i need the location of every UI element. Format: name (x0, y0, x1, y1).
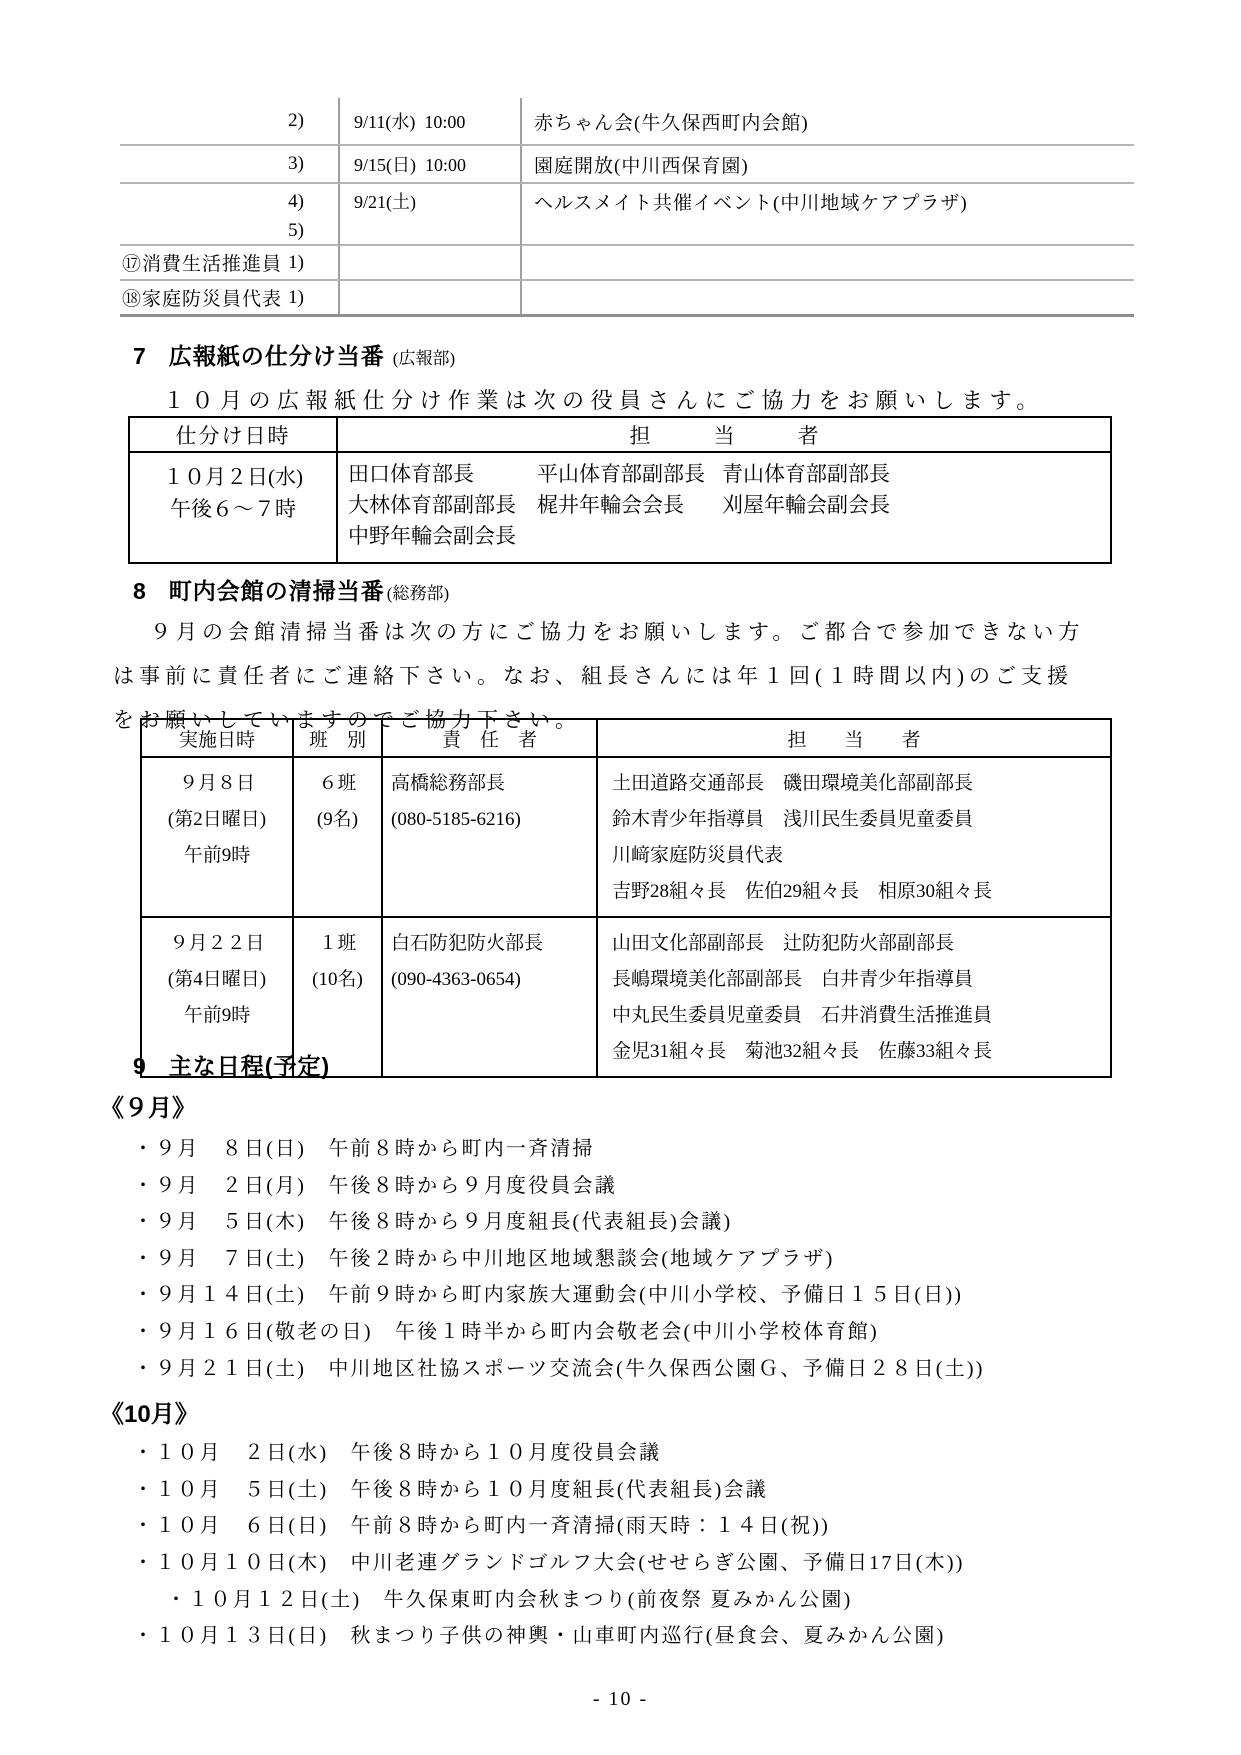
member-line: 川﨑家庭防災員代表 (612, 838, 1110, 874)
event-datetime: 9/21(土) (340, 184, 522, 245)
member-name: 中野年輪会副会長 (348, 521, 537, 552)
sorting-duty-table: 仕分け日時 担 当 者 １０月２日(水) 午後６～７時 田口体育部長 平山体育部… (128, 416, 1112, 564)
section-title: 主な日程(予定) (169, 1053, 330, 1079)
item-label-cell: ⑰消費生活推進員 1) (120, 246, 340, 279)
section-number: 7 (133, 343, 147, 369)
column-header: 仕分け日時 (130, 418, 338, 451)
schedule-list-september: ・９月 ８日(日) 午前８時から町内一斉清掃 ・９月 ２日(月) 午後８時から９… (100, 1131, 1160, 1387)
column-header: 担 当 者 (598, 720, 1110, 756)
schedule-item: ・１０月１０日(木) 中川老連グランドゴルフ大会(せせらぎ公園、予備日17日(木… (133, 1545, 1160, 1582)
group-name: １班 (294, 926, 381, 962)
cleaning-date: ９月８日 (142, 766, 292, 802)
sorting-date-cell: １０月２日(水) 午後６～７時 (130, 453, 338, 562)
column-header: 責 任 者 (383, 720, 598, 756)
sorting-members-cell: 田口体育部長 平山体育部副部長 青山体育部副部長 大林体育部副部長 梶井年輪会会… (338, 453, 1110, 562)
member-line: 長嶋環境美化部副部長 白井青少年指導員 (612, 962, 1110, 998)
month-label-october: 《10月》 (100, 1397, 1160, 1433)
cleaning-duty-table: 実施日時 班 別 責 任 者 担 当 者 ９月８日 (第2日曜日) 午前9時 ６… (140, 718, 1112, 1078)
schedule-item: ・１０月 ６日(日) 午前８時から町内一斉清掃(雨天時：１４日(祝)) (133, 1508, 1160, 1545)
table-row: １０月２日(水) 午後６～７時 田口体育部長 平山体育部副部長 青山体育部副部長… (130, 453, 1110, 562)
event-datetime: 9/15(日) 10:00 (340, 146, 522, 182)
member-name: 刈屋年輪会副会長 (722, 490, 1110, 521)
section-title: 広報紙の仕分け当番 (169, 343, 385, 369)
cleaning-time: 午前9時 (142, 998, 292, 1034)
event-name (522, 246, 1134, 279)
item-number: 1) (288, 287, 304, 309)
member-line: 吉野28組々長 佐伯29組々長 相原30組々長 (612, 874, 1110, 910)
paragraph-line: は事前に責任者にご連絡下さい。なお、組長さんには年１回(１時間以内)のご支援 (113, 654, 1153, 698)
member-row: 中野年輪会副会長 (348, 521, 1110, 552)
schedule-section: 9主な日程(予定) 《９月》 ・９月 ８日(日) 午前８時から町内一斉清掃 ・９… (100, 1048, 1160, 1655)
item-label-cell: 2) (120, 98, 340, 144)
group-cell: ６班 (9名) (294, 758, 383, 916)
item-label: ⑰消費生活推進員 (122, 249, 282, 276)
column-header: 班 別 (294, 720, 383, 756)
sorting-date: １０月２日(水) (130, 461, 336, 493)
schedule-item: ・９月１４日(土) 午前９時から町内家族大運動会(中川小学校、予備日１５日(日)… (133, 1277, 1160, 1314)
table-row: ⑰消費生活推進員 1) (120, 246, 1134, 281)
leader-name: 白石防犯防火部長 (391, 926, 596, 962)
member-name: 平山体育部副部長 (537, 459, 722, 490)
carryover-table: 2) 9/11(水) 10:00 赤ちゃん会(牛久保西町内会館) 3) 9/15… (120, 98, 1134, 317)
table-row: 2) 9/11(水) 10:00 赤ちゃん会(牛久保西町内会館) (120, 98, 1134, 146)
member-name: 大林体育部副部長 (348, 490, 537, 521)
leader-name: 高橋総務部長 (391, 766, 596, 802)
leader-cell: 高橋総務部長 (080-5185-6216) (383, 758, 598, 916)
month-label-september: 《９月》 (100, 1091, 1160, 1127)
section-number: 8 (133, 578, 147, 604)
page-number: - 10 - (0, 1688, 1241, 1711)
schedule-item: ・９月 ８日(日) 午前８時から町内一斉清掃 (133, 1131, 1160, 1168)
group-size: (9名) (294, 802, 381, 838)
column-header: 担 当 者 (338, 418, 1110, 451)
member-line: 山田文化部副部長 辻防犯防火部副部長 (612, 926, 1110, 962)
section-dept: (広報部) (393, 349, 455, 368)
item-label-cell: ⑱家庭防災員代表 1) (120, 281, 340, 314)
table-header-row: 実施日時 班 別 責 任 者 担 当 者 (142, 720, 1110, 758)
section-dept: (総務部) (387, 584, 449, 603)
member-row: 田口体育部長 平山体育部副部長 青山体育部副部長 (348, 459, 1110, 490)
members-cell: 土田道路交通部長 磯田環境美化部副部長 鈴木青少年指導員 浅川民生委員児童委員 … (598, 758, 1110, 916)
table-row: ９月８日 (第2日曜日) 午前9時 ６班 (9名) 高橋総務部長 (080-51… (142, 758, 1110, 918)
member-name: 青山体育部副部長 (722, 459, 1110, 490)
table-row: 3) 9/15(日) 10:00 園庭開放(中川西保育園) (120, 146, 1134, 184)
item-number: 1) (288, 252, 304, 274)
section9-heading: 9主な日程(予定) (100, 1048, 1160, 1081)
schedule-item: ・９月 ５日(木) 午後８時から９月度組長(代表組長)会議) (133, 1204, 1160, 1241)
cleaning-date-note: (第4日曜日) (142, 962, 292, 998)
event-name: ヘルスメイト共催イベント(中川地域ケアプラザ) (522, 184, 1134, 245)
newsletter-page: 2) 9/11(水) 10:00 赤ちゃん会(牛久保西町内会館) 3) 9/15… (0, 0, 1241, 1755)
item-label: ⑱家庭防災員代表 (122, 284, 282, 311)
section-number: 9 (133, 1053, 147, 1079)
event-name (522, 281, 1134, 314)
schedule-item: ・９月 ２日(月) 午後８時から９月度役員会議 (133, 1168, 1160, 1205)
member-line: 中丸民生委員児童委員 石井消費生活推進員 (612, 998, 1110, 1034)
item-number: 3) (288, 153, 304, 175)
schedule-list-october: ・１０月 ２日(水) 午後８時から１０月度役員会議 ・１０月 ５日(土) 午後８… (100, 1435, 1160, 1655)
schedule-item: ・１０月 ５日(土) 午後８時から１０月度組長(代表組長)会議 (133, 1472, 1160, 1509)
event-datetime (340, 281, 522, 314)
member-line: 鈴木青少年指導員 浅川民生委員児童委員 (612, 802, 1110, 838)
item-number: 2) (288, 110, 304, 132)
member-name (537, 521, 722, 552)
schedule-item: ・１０月 ２日(水) 午後８時から１０月度役員会議 (133, 1435, 1160, 1472)
sorting-time: 午後６～７時 (130, 493, 336, 525)
section-title: 町内会館の清掃当番 (169, 578, 385, 604)
column-header: 実施日時 (142, 720, 294, 756)
paragraph-line: ９月の会館清掃当番は次の方にご協力をお願いします。ご都合で参加できない方 (113, 610, 1153, 654)
member-name (722, 521, 1110, 552)
item-number: 4) (288, 187, 304, 216)
group-name: ６班 (294, 766, 381, 802)
table-row: 4) 5) 9/21(土) ヘルスメイト共催イベント(中川地域ケアプラザ) (120, 184, 1134, 246)
leader-phone: (090-4363-0654) (391, 962, 596, 998)
event-datetime (340, 246, 522, 279)
schedule-item: ・９月 ７日(土) 午後２時から中川地区地域懇談会(地域ケアプラザ) (133, 1241, 1160, 1278)
cleaning-date-cell: ９月８日 (第2日曜日) 午前9時 (142, 758, 294, 916)
table-header-row: 仕分け日時 担 当 者 (130, 418, 1110, 453)
event-name: 園庭開放(中川西保育園) (522, 146, 1134, 182)
cleaning-date-note: (第2日曜日) (142, 802, 292, 838)
schedule-item: ・１０月１２日(土) 牛久保東町内会秋まつり(前夜祭 夏みかん公園) (133, 1582, 1160, 1619)
cleaning-date: ９月２２日 (142, 926, 292, 962)
section7-heading: 7広報紙の仕分け当番(広報部) (133, 338, 455, 371)
schedule-item: ・９月１６日(敬老の日) 午後１時半から町内会敬老会(中川小学校体育館) (133, 1314, 1160, 1351)
leader-phone: (080-5185-6216) (391, 802, 596, 838)
item-number: 5) (288, 216, 304, 245)
event-name: 赤ちゃん会(牛久保西町内会館) (522, 98, 1134, 144)
group-size: (10名) (294, 962, 381, 998)
member-name: 田口体育部長 (348, 459, 537, 490)
member-row: 大林体育部副部長 梶井年輪会会長 刈屋年輪会副会長 (348, 490, 1110, 521)
member-name: 梶井年輪会会長 (537, 490, 722, 521)
event-datetime: 9/11(水) 10:00 (340, 98, 522, 144)
member-line: 土田道路交通部長 磯田環境美化部副部長 (612, 766, 1110, 802)
item-label-cell: 4) 5) (120, 184, 340, 245)
schedule-item: ・１０月１３日(日) 秋まつり子供の神輿・山車町内巡行(昼食会、夏みかん公園) (133, 1618, 1160, 1655)
schedule-item: ・９月２１日(土) 中川地区社協スポーツ交流会(牛久保西公園Ｇ、予備日２８日(土… (133, 1351, 1160, 1388)
section7-intro: １０月の広報紙仕分け作業は次の役員さんにご協力をお願いします。 (163, 384, 1045, 415)
table-row: ⑱家庭防災員代表 1) (120, 281, 1134, 317)
section8-heading: 8町内会館の清掃当番(総務部) (133, 573, 449, 606)
item-label-cell: 3) (120, 146, 340, 182)
cleaning-time: 午前9時 (142, 838, 292, 874)
